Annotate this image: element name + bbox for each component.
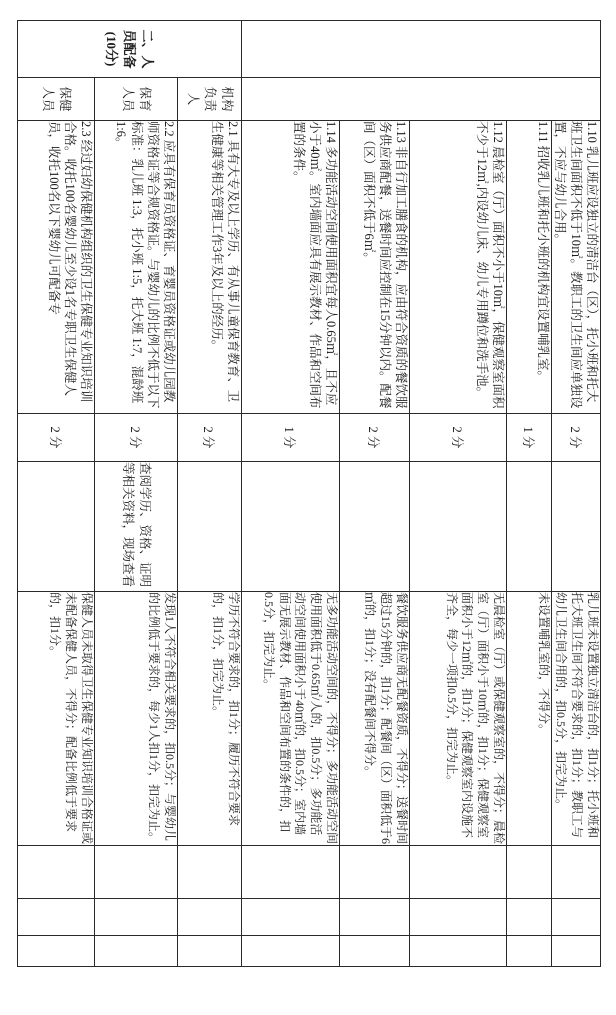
- empty-cell: [18, 936, 95, 967]
- score-cell: 1 分: [242, 414, 340, 462]
- method-cell: [178, 462, 242, 592]
- sublabel-cell-continued: [242, 78, 601, 121]
- empty-cell: [507, 936, 552, 967]
- empty-cell: [178, 846, 242, 899]
- section-title: 二、人 员配备 (10分): [18, 21, 242, 78]
- criteria-cell: 2.3 经过妇幼保健机构组织的卫生保健专业知识培训合格。收托100名婴幼儿至少设…: [18, 121, 95, 414]
- method-cell: [410, 462, 507, 592]
- sublabel-cell: 机构负责人: [178, 78, 242, 121]
- empty-cell: [410, 899, 507, 936]
- table-row: 保健人员 2.3 经过妇幼保健机构组织的卫生保健专业知识培训合格。收托100名婴…: [18, 21, 95, 967]
- empty-cell: [178, 936, 242, 967]
- empty-cell: [507, 846, 552, 899]
- score-cell: 2 分: [340, 414, 410, 462]
- empty-cell: [340, 846, 410, 899]
- criteria-cell: 2.1 具有大专及以上学历、有从事儿童保育教育、卫生健康等相关管理工作3年及以上…: [178, 121, 242, 414]
- score-cell: 2 分: [95, 414, 178, 462]
- score-cell: 2 分: [178, 414, 242, 462]
- score-cell: 2 分: [410, 414, 507, 462]
- sublabel-text: 保育人员: [119, 86, 153, 112]
- table-row: 保育人员 2.2 应具有保育员资格证、育婴员资格证或幼儿园教师资格证等合规资格证…: [95, 21, 178, 967]
- method-cell: [340, 462, 410, 592]
- table-row: 1.13 非自行加工膳食的机构，应由符合资质的餐饮服务供应商配餐，送餐时间应控制…: [340, 21, 410, 967]
- empty-cell: [410, 846, 507, 899]
- empty-cell: [18, 899, 95, 936]
- method-cell: [242, 462, 340, 592]
- method-cell: [18, 462, 95, 592]
- empty-cell: [242, 936, 340, 967]
- standard-cell: 发现1人不符合相关要求的，扣0.5分；与婴幼儿的比例低于要求的，每少1人扣1分，…: [95, 592, 178, 846]
- table-row: 1.12 晨检室（厅）面积不小于10㎡，保健观察室面积不少于12㎡,内设幼儿床、…: [410, 21, 507, 967]
- empty-cell: [95, 846, 178, 899]
- empty-cell: [95, 899, 178, 936]
- sublabel-text: 机构负责人: [184, 86, 235, 112]
- criteria-cell: 1.10 乳儿班应设独立的清洁台（区），托小班和托大班卫生间面积不低于10㎡。教…: [552, 121, 601, 414]
- empty-cell: [178, 899, 242, 936]
- criteria-cell: 1.13 非自行加工膳食的机构，应由符合资质的餐饮服务供应商配餐，送餐时间应控制…: [340, 121, 410, 414]
- empty-cell: [552, 846, 601, 899]
- empty-cell: [340, 899, 410, 936]
- standard-cell: 学历不符合要求的，扣1分；履历不符合要求的，扣1分，扣完为止。: [178, 592, 242, 846]
- sublabel-text: 保健人员: [39, 86, 73, 112]
- table-row: 二、人 员配备 (10分) 机构负责人 2.1 具有大专及以上学历、有从事儿童保…: [178, 21, 242, 967]
- table-row: 1.14 多功能活动空间使用面积宜每人0.65㎡，且不应小于40㎡。室内墙面应具…: [242, 21, 340, 967]
- method-cell: [552, 462, 601, 592]
- score-cell: 2 分: [552, 414, 601, 462]
- empty-cell: [410, 936, 507, 967]
- empty-cell: [95, 936, 178, 967]
- standard-cell: 乳儿班未设置独立清洁台的，扣1分；托小班和托大班卫生间不符合要求的，扣1分；教职…: [552, 592, 601, 846]
- table-row: 1.11 招收乳儿班和托小班的机构宜设置哺乳室。 1 分 未设置哺乳室的，不得分…: [507, 21, 552, 967]
- empty-cell: [552, 899, 601, 936]
- table-row: 1.10 乳儿班应设独立的清洁台（区），托小班和托大班卫生间面积不低于10㎡。教…: [552, 21, 601, 967]
- method-cell: [507, 462, 552, 592]
- evaluation-table: 1.10 乳儿班应设独立的清洁台（区），托小班和托大班卫生间面积不低于10㎡。教…: [17, 20, 601, 967]
- score-cell: 1 分: [507, 414, 552, 462]
- standard-cell: 未设置哺乳室的，不得分。: [507, 592, 552, 846]
- empty-cell: [552, 936, 601, 967]
- rotated-sheet: 1.10 乳儿班应设独立的清洁台（区），托小班和托大班卫生间面积不低于10㎡。教…: [0, 0, 616, 1015]
- document-page: 1.10 乳儿班应设独立的清洁台（区），托小班和托大班卫生间面积不低于10㎡。教…: [0, 0, 616, 1015]
- criteria-cell: 1.11 招收乳儿班和托小班的机构宜设置哺乳室。: [507, 121, 552, 414]
- standard-cell: 保健人员未取得卫生保健专业知识培训合格证或未配备保健人员，不得分；配备比例低于要…: [18, 592, 95, 846]
- criteria-cell: 1.12 晨检室（厅）面积不小于10㎡，保健观察室面积不少于12㎡,内设幼儿床、…: [410, 121, 507, 414]
- sublabel-cell: 保育人员: [95, 78, 178, 121]
- criteria-cell: 2.2 应具有保育员资格证、育婴员资格证或幼儿园教师资格证等合规资格证。与婴幼儿…: [95, 121, 178, 414]
- empty-cell: [507, 899, 552, 936]
- sublabel-cell: 保健人员: [18, 78, 95, 121]
- section-cell-continued: [242, 21, 601, 78]
- standard-cell: 无多功能活动空间的，不得分；多功能活动空间使用面积低于0.65㎡/人的，扣0.5…: [242, 592, 340, 846]
- criteria-cell: 1.14 多功能活动空间使用面积宜每人0.65㎡，且不应小于40㎡。室内墙面应具…: [242, 121, 340, 414]
- empty-cell: [242, 846, 340, 899]
- standard-cell: 餐饮服务供应商无配餐资质，不得分；送餐时间超过15分钟的，扣1分；配餐间（区）面…: [340, 592, 410, 846]
- standard-cell: 无晨检室（厅）或保健观察室的，不得分；晨检室（厅）面积小于10㎡的，扣1分；保健…: [410, 592, 507, 846]
- empty-cell: [18, 846, 95, 899]
- empty-cell: [242, 899, 340, 936]
- score-cell: 2 分: [18, 414, 95, 462]
- method-cell: 查阅学历、资格、证明等相关资料，现场查看: [95, 462, 178, 592]
- empty-cell: [340, 936, 410, 967]
